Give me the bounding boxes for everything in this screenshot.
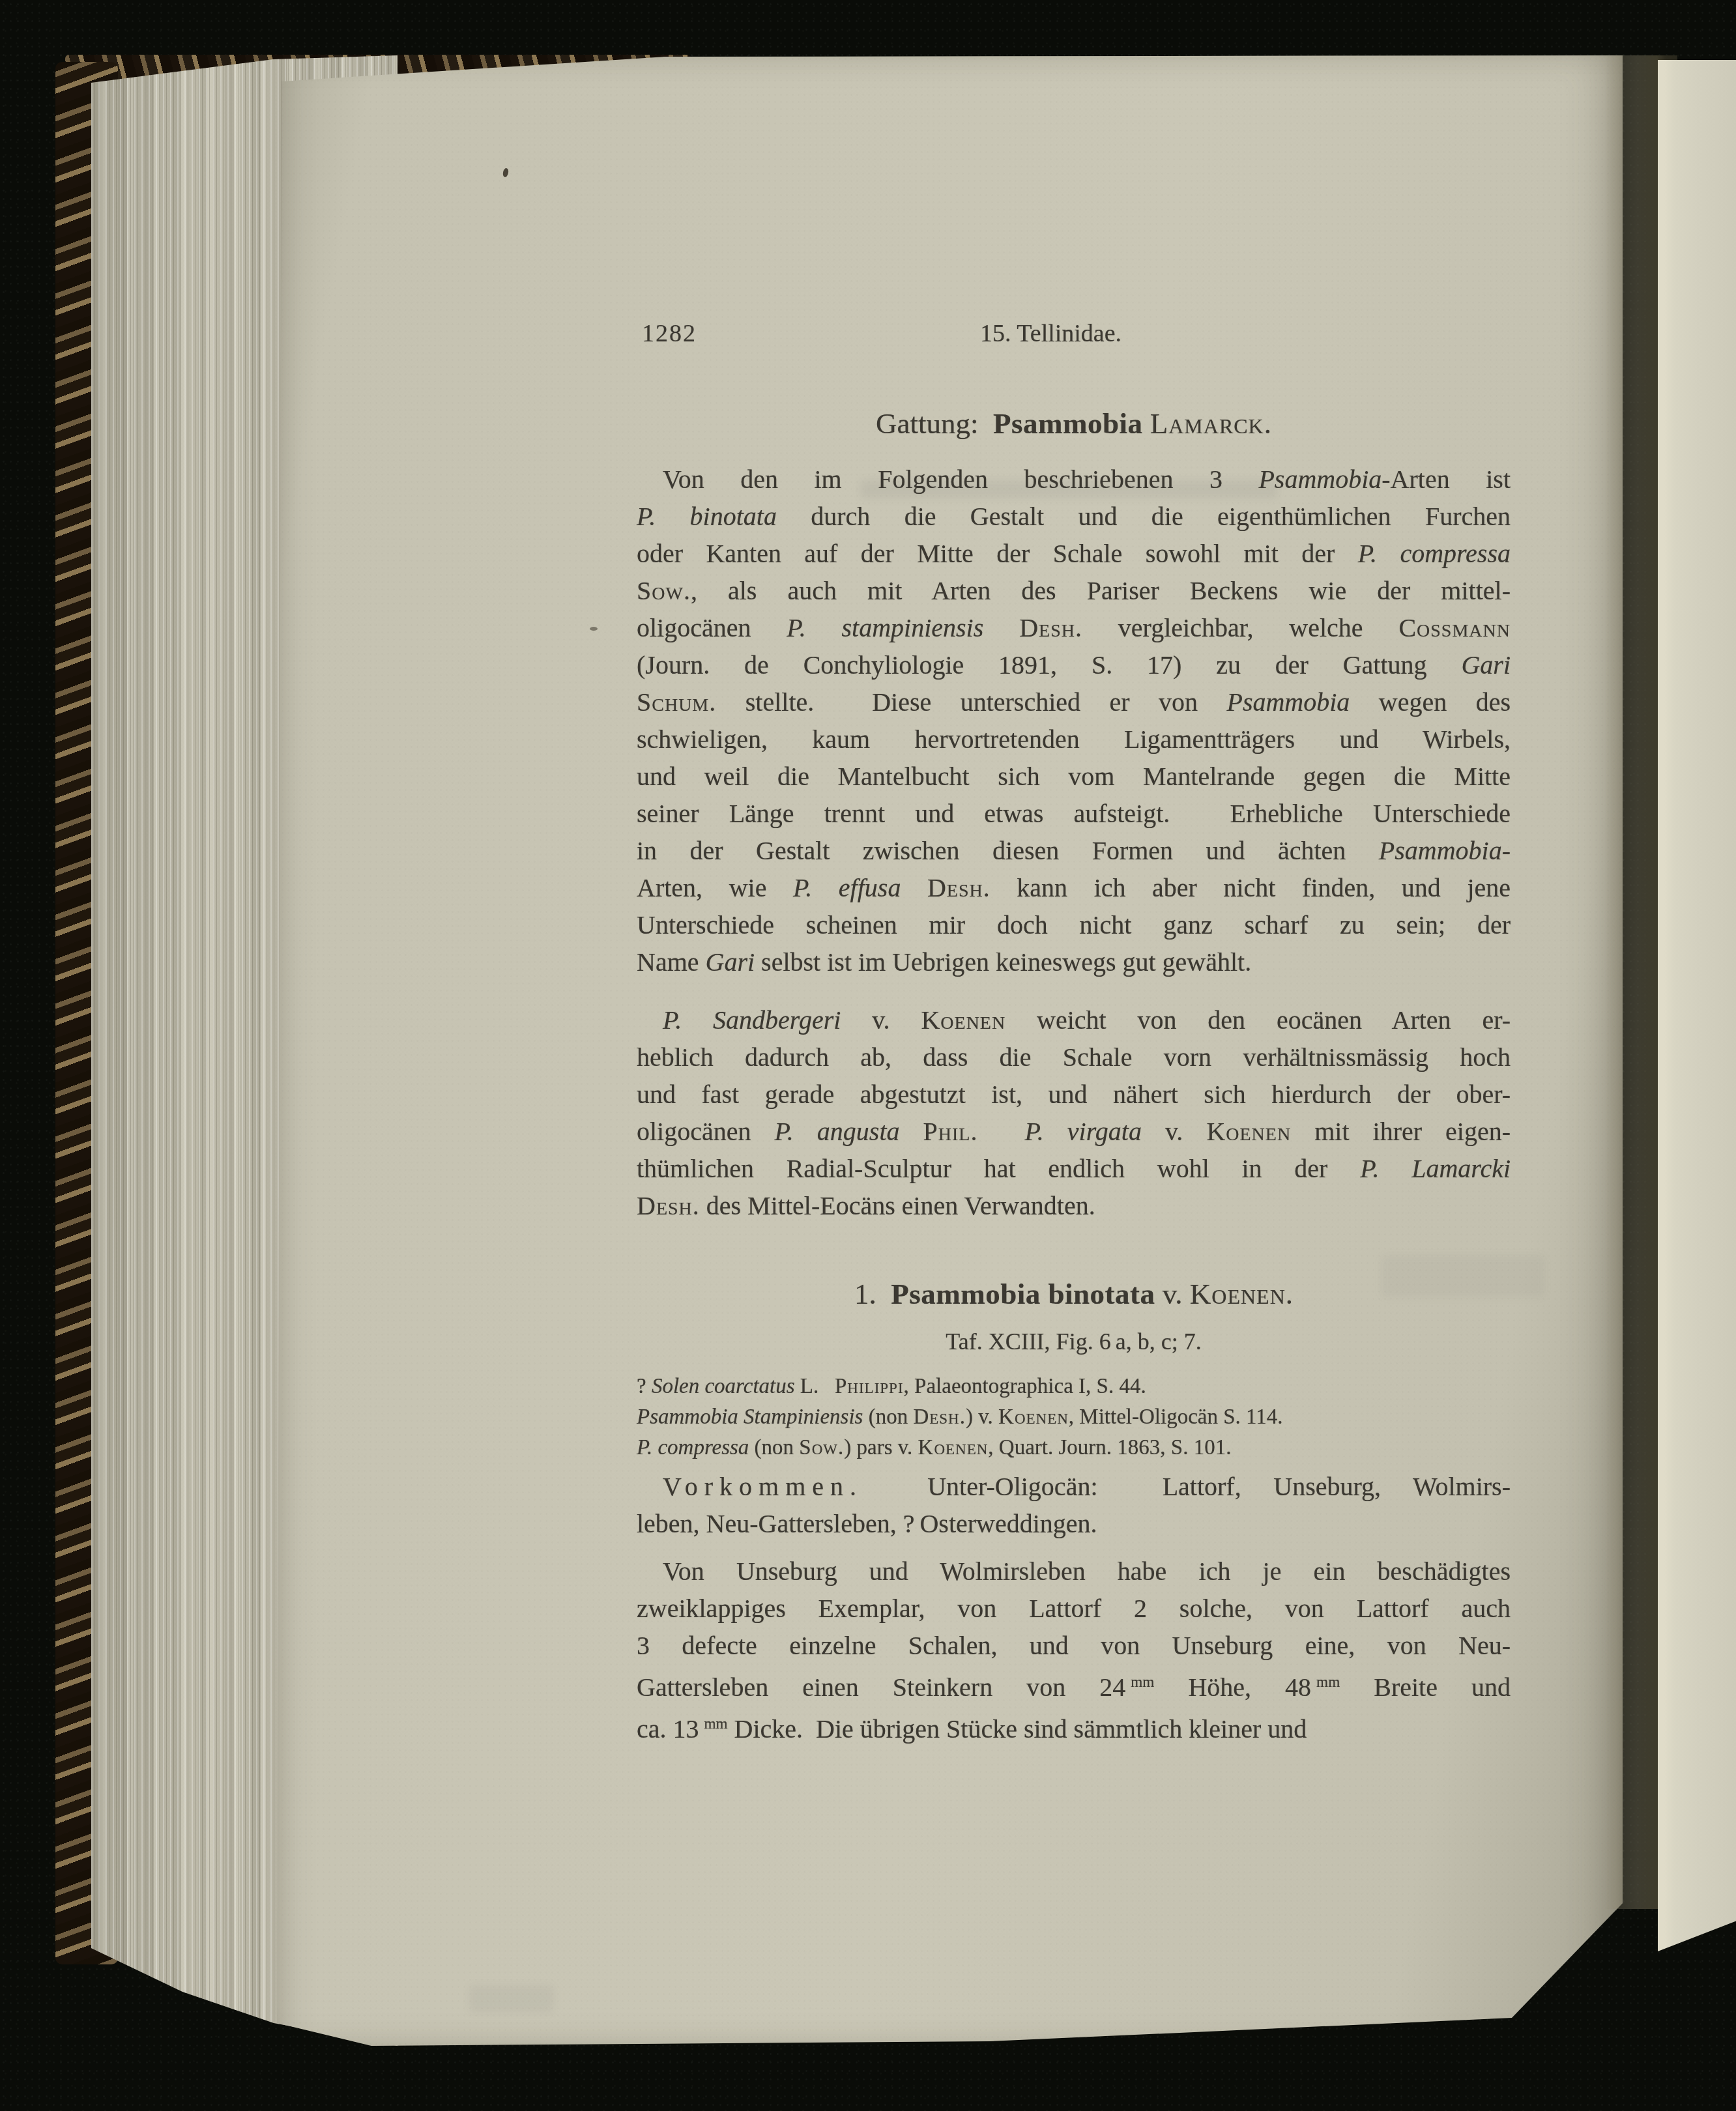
- ink-show-through: [469, 1985, 554, 2013]
- text-line: Von Unseburg und Wolmirsleben habe ich j…: [637, 1553, 1511, 1590]
- text-segment: Desh.: [1019, 613, 1082, 642]
- text-segment: Psammobia Stampiniensis: [637, 1405, 863, 1429]
- text-segment: , Quart. Journ. 1863, S. 101.: [988, 1436, 1231, 1459]
- text-segment: stellte. Diese unterschied er von: [716, 687, 1226, 717]
- text-segment: Psammobia binotata: [891, 1278, 1155, 1310]
- text-line: P. binotata durch die Gestalt und die ei…: [637, 498, 1511, 535]
- text-segment: Desh.: [637, 1191, 700, 1220]
- text-segment: (Journ. de Conchyliologie 1891, S. 17) z…: [637, 650, 1461, 680]
- text-segment: , als auch mit Arten des Pariser Beckens…: [691, 576, 1511, 605]
- text-line: Unterschiede scheinen mir doch nicht gan…: [637, 906, 1511, 943]
- ink-speck: [502, 167, 510, 177]
- text-segment: [983, 613, 1019, 642]
- text-segment: Gattersleben einen Steinkern von 24: [637, 1673, 1131, 1702]
- text-segment: P. binotata: [637, 502, 777, 531]
- text-segment: Phil.: [923, 1117, 978, 1146]
- text-segment: .: [1286, 1278, 1293, 1310]
- text-segment: P. virgata: [1025, 1117, 1142, 1146]
- text-line: P. Sandbergeri v. Koenen weicht von den …: [637, 1001, 1511, 1039]
- text-line: Von den im Folgenden beschriebenen 3 Psa…: [637, 461, 1511, 498]
- text-line: Schum. stellte. Diese unterschied er von…: [637, 683, 1511, 721]
- text-segment: 1.: [854, 1278, 891, 1310]
- text-segment: zweiklappiges Exemplar, von Lattorf 2 so…: [637, 1594, 1511, 1623]
- text-segment: Psammobia: [1226, 687, 1350, 717]
- text-line: ca. 13 mm Dicke. Die übrigen Stücke sind…: [637, 1706, 1511, 1747]
- text-segment: Von den im Folgenden beschriebenen 3: [663, 465, 1258, 494]
- text-segment: Cossmann: [1398, 613, 1511, 642]
- text-line: heblich dadurch ab, dass die Schale vorn…: [637, 1039, 1511, 1076]
- text-segment: Sow.: [637, 576, 691, 605]
- text-segment: ) pars v.: [844, 1436, 918, 1459]
- text-segment: des Mittel-Eocäns einen Verwandten.: [700, 1191, 1095, 1220]
- text-line: Taf. XCIII, Fig. 6 a, b, c; 7.: [637, 1326, 1511, 1357]
- paragraph-4: Von Unseburg und Wolmirsleben habe ich j…: [637, 1553, 1511, 1748]
- text-line: und fast gerade abgestutzt ist, und nähe…: [637, 1076, 1511, 1113]
- text-line: seiner Länge trennt und etwas aufsteigt.…: [637, 795, 1511, 832]
- text-segment: Vorkommen.: [663, 1472, 863, 1501]
- text-line: Psammobia Stampiniensis (non Desh.) v. K…: [637, 1402, 1511, 1433]
- text-line: und weil die Mantelbucht sich vom Mantel…: [637, 758, 1511, 795]
- text-segment: mm: [1131, 1674, 1154, 1691]
- text-segment: weicht von den eocänen Arten er-: [1005, 1005, 1511, 1035]
- text-segment: Philippi: [835, 1375, 904, 1398]
- text-segment: [1143, 407, 1150, 440]
- text-segment: Breite und: [1340, 1673, 1511, 1702]
- text-segment: Schum.: [637, 687, 716, 717]
- text-segment: Koenen: [1206, 1117, 1291, 1146]
- text-segment: Koenen: [918, 1436, 989, 1459]
- text-line: Sow., als auch mit Arten des Pariser Bec…: [637, 572, 1511, 609]
- text-segment: Gattung:: [876, 407, 993, 440]
- text-segment: , Palaeontographica I, S. 44.: [904, 1375, 1146, 1398]
- text-segment: Solen coarctatus: [652, 1375, 795, 1398]
- text-segment: Höhe, 48: [1154, 1673, 1316, 1702]
- text-line: oligocänen P. angusta Phil. P. virgata v…: [637, 1113, 1511, 1150]
- plate-reference: Taf. XCIII, Fig. 6 a, b, c; 7.: [637, 1326, 1511, 1357]
- text-segment: Name: [637, 947, 706, 977]
- text-segment: ?: [637, 1375, 652, 1398]
- text-segment: Koenen: [998, 1405, 1069, 1429]
- text-segment: Psammobia: [993, 407, 1143, 440]
- text-segment: ) v.: [966, 1405, 998, 1429]
- text-segment: in der Gestalt zwischen diesen Formen un…: [637, 836, 1379, 865]
- text-segment: P. compressa: [1358, 539, 1511, 568]
- text-segment: [901, 873, 927, 902]
- text-segment: , Mittel-Oligocän S. 114.: [1069, 1405, 1283, 1429]
- text-line: 1. Psammobia binotata v. Koenen.: [637, 1275, 1511, 1313]
- text-segment: P. Lamarcki: [1360, 1154, 1511, 1183]
- text-line: in der Gestalt zwischen diesen Formen un…: [637, 832, 1511, 869]
- text-line: oligocänen P. stampiniensis Desh. vergle…: [637, 609, 1511, 646]
- text-segment: P. effusa: [793, 873, 901, 902]
- text-segment: -: [1502, 836, 1511, 865]
- text-segment: und fast gerade abgestutzt ist, und nähe…: [637, 1080, 1511, 1109]
- text-segment: [900, 1117, 923, 1146]
- text-segment: v.: [841, 1005, 921, 1035]
- ink-speck: [590, 627, 598, 631]
- text-segment: leben, Neu-Gattersleben, ? Osterweddinge…: [637, 1509, 1097, 1538]
- text-segment: -Arten ist: [1382, 465, 1511, 494]
- text-line: Name Gari selbst ist im Uebrigen keinesw…: [637, 943, 1511, 981]
- text-line: schwieligen, kaum hervortretenden Ligame…: [637, 721, 1511, 758]
- text-segment: schwieligen, kaum hervortretenden Ligame…: [637, 725, 1511, 754]
- text-segment: mm: [1316, 1674, 1340, 1691]
- text-segment: kann ich aber nicht finden, und jene: [991, 873, 1511, 902]
- running-title: 15. Tellinidae.: [980, 319, 1121, 348]
- occurrence-paragraph: Vorkommen. Unter-Oligocän: Lattorf, Unse…: [637, 1468, 1511, 1542]
- text-segment: L.: [795, 1375, 835, 1398]
- text-line: ? Solen coarctatus L. Philippi, Palaeont…: [637, 1371, 1511, 1402]
- text-segment: .: [1264, 407, 1271, 440]
- text-segment: oligocänen: [637, 1117, 775, 1146]
- page-number: 1282: [642, 319, 697, 348]
- text-segment: Unter-Oligocän: Lattorf, Unseburg, Wolmi…: [863, 1472, 1511, 1501]
- text-segment: Desh.: [927, 873, 991, 902]
- text-segment: Lamarck: [1150, 407, 1264, 440]
- text-segment: v.: [1155, 1278, 1190, 1310]
- text-line: thümlichen Radial-Sculptur hat endlich w…: [637, 1150, 1511, 1187]
- text-segment: (non: [863, 1405, 913, 1429]
- text-line: (Journ. de Conchyliologie 1891, S. 17) z…: [637, 646, 1511, 683]
- text-segment: Desh.: [913, 1405, 966, 1429]
- text-line: oder Kanten auf der Mitte der Schale sow…: [637, 535, 1511, 572]
- text-segment: [977, 1117, 1024, 1146]
- text-line: P. compressa (non Sow.) pars v. Koenen, …: [637, 1433, 1511, 1463]
- text-segment: v.: [1142, 1117, 1206, 1146]
- text-segment: 3 defecte einzelne Schalen, und von Unse…: [637, 1631, 1511, 1660]
- text-line: Gattung: Psammobia Lamarck.: [637, 405, 1511, 442]
- text-segment: Koenen: [1190, 1278, 1286, 1310]
- species-heading: 1. Psammobia binotata v. Koenen.: [637, 1275, 1511, 1313]
- text-line: Gattersleben einen Steinkern von 24 mm H…: [637, 1664, 1511, 1706]
- text-segment: Gari: [706, 947, 755, 977]
- text-segment: P. Sandbergeri: [663, 1005, 841, 1035]
- text-segment: wegen des: [1350, 687, 1511, 717]
- text-segment: P. compressa: [637, 1436, 749, 1459]
- text-line: Arten, wie P. effusa Desh. kann ich aber…: [637, 869, 1511, 906]
- text-segment: oder Kanten auf der Mitte der Schale sow…: [637, 539, 1358, 568]
- text-line: 3 defecte einzelne Schalen, und von Unse…: [637, 1627, 1511, 1664]
- book-scan-scene: 1282 15. Tellinidae. Gattung: Psammobia …: [0, 0, 1736, 2111]
- text-segment: heblich dadurch ab, dass die Schale vorn…: [637, 1042, 1511, 1072]
- text-segment: selbst ist im Uebrigen keineswegs gut ge…: [755, 947, 1251, 977]
- text-line: zweiklappiges Exemplar, von Lattorf 2 so…: [637, 1590, 1511, 1627]
- text-segment: P. stampiniensis: [787, 613, 983, 642]
- text-segment: und weil die Mantelbucht sich vom Mantel…: [637, 762, 1511, 791]
- text-segment: Von Unseburg und Wolmirsleben habe ich j…: [663, 1557, 1511, 1586]
- text-segment: oligocänen: [637, 613, 787, 642]
- text-segment: mit ihrer eigen-: [1291, 1117, 1511, 1146]
- text-line: Vorkommen. Unter-Oligocän: Lattorf, Unse…: [637, 1468, 1511, 1505]
- text-segment: Sow.: [799, 1436, 844, 1459]
- text-line: Desh. des Mittel-Eocäns einen Verwandten…: [637, 1187, 1511, 1224]
- paragraph-1: Von den im Folgenden beschriebenen 3 Psa…: [637, 461, 1511, 981]
- text-segment: Arten, wie: [637, 873, 793, 902]
- text-segment: Taf. XCIII, Fig. 6 a, b, c; 7.: [946, 1328, 1202, 1355]
- text-layer: 1282 15. Tellinidae. Gattung: Psammobia …: [637, 55, 1511, 2046]
- text-segment: thümlichen Radial-Sculptur hat endlich w…: [637, 1154, 1360, 1183]
- genus-heading: Gattung: Psammobia Lamarck.: [637, 405, 1511, 442]
- text-segment: vergleichbar, welche: [1082, 613, 1398, 642]
- text-segment: Koenen: [921, 1005, 1005, 1035]
- text-segment: Psammobia: [1258, 465, 1382, 494]
- facing-page-edge: [1658, 60, 1736, 1951]
- synonymy-list: ? Solen coarctatus L. Philippi, Palaeont…: [637, 1371, 1511, 1463]
- paragraph-2: P. Sandbergeri v. Koenen weicht von den …: [637, 1001, 1511, 1224]
- text-segment: Dicke. Die übrigen Stücke sind sämmtlich…: [728, 1715, 1307, 1744]
- text-segment: mm: [704, 1716, 728, 1732]
- text-segment: Gari: [1461, 650, 1511, 680]
- text-segment: durch die Gestalt und die eigenthümliche…: [777, 502, 1511, 531]
- page-header: 1282 15. Tellinidae.: [637, 319, 1511, 348]
- text-segment: seiner Länge trennt und etwas aufsteigt.…: [637, 799, 1511, 828]
- text-segment: P. angusta: [775, 1117, 900, 1146]
- scanned-page: 1282 15. Tellinidae. Gattung: Psammobia …: [274, 55, 1623, 2046]
- text-segment: (non: [749, 1436, 799, 1459]
- text-segment: Psammobia: [1379, 836, 1502, 865]
- text-segment: Unterschiede scheinen mir doch nicht gan…: [637, 910, 1511, 940]
- text-line: leben, Neu-Gattersleben, ? Osterweddinge…: [637, 1505, 1511, 1542]
- text-segment: ca. 13: [637, 1715, 704, 1744]
